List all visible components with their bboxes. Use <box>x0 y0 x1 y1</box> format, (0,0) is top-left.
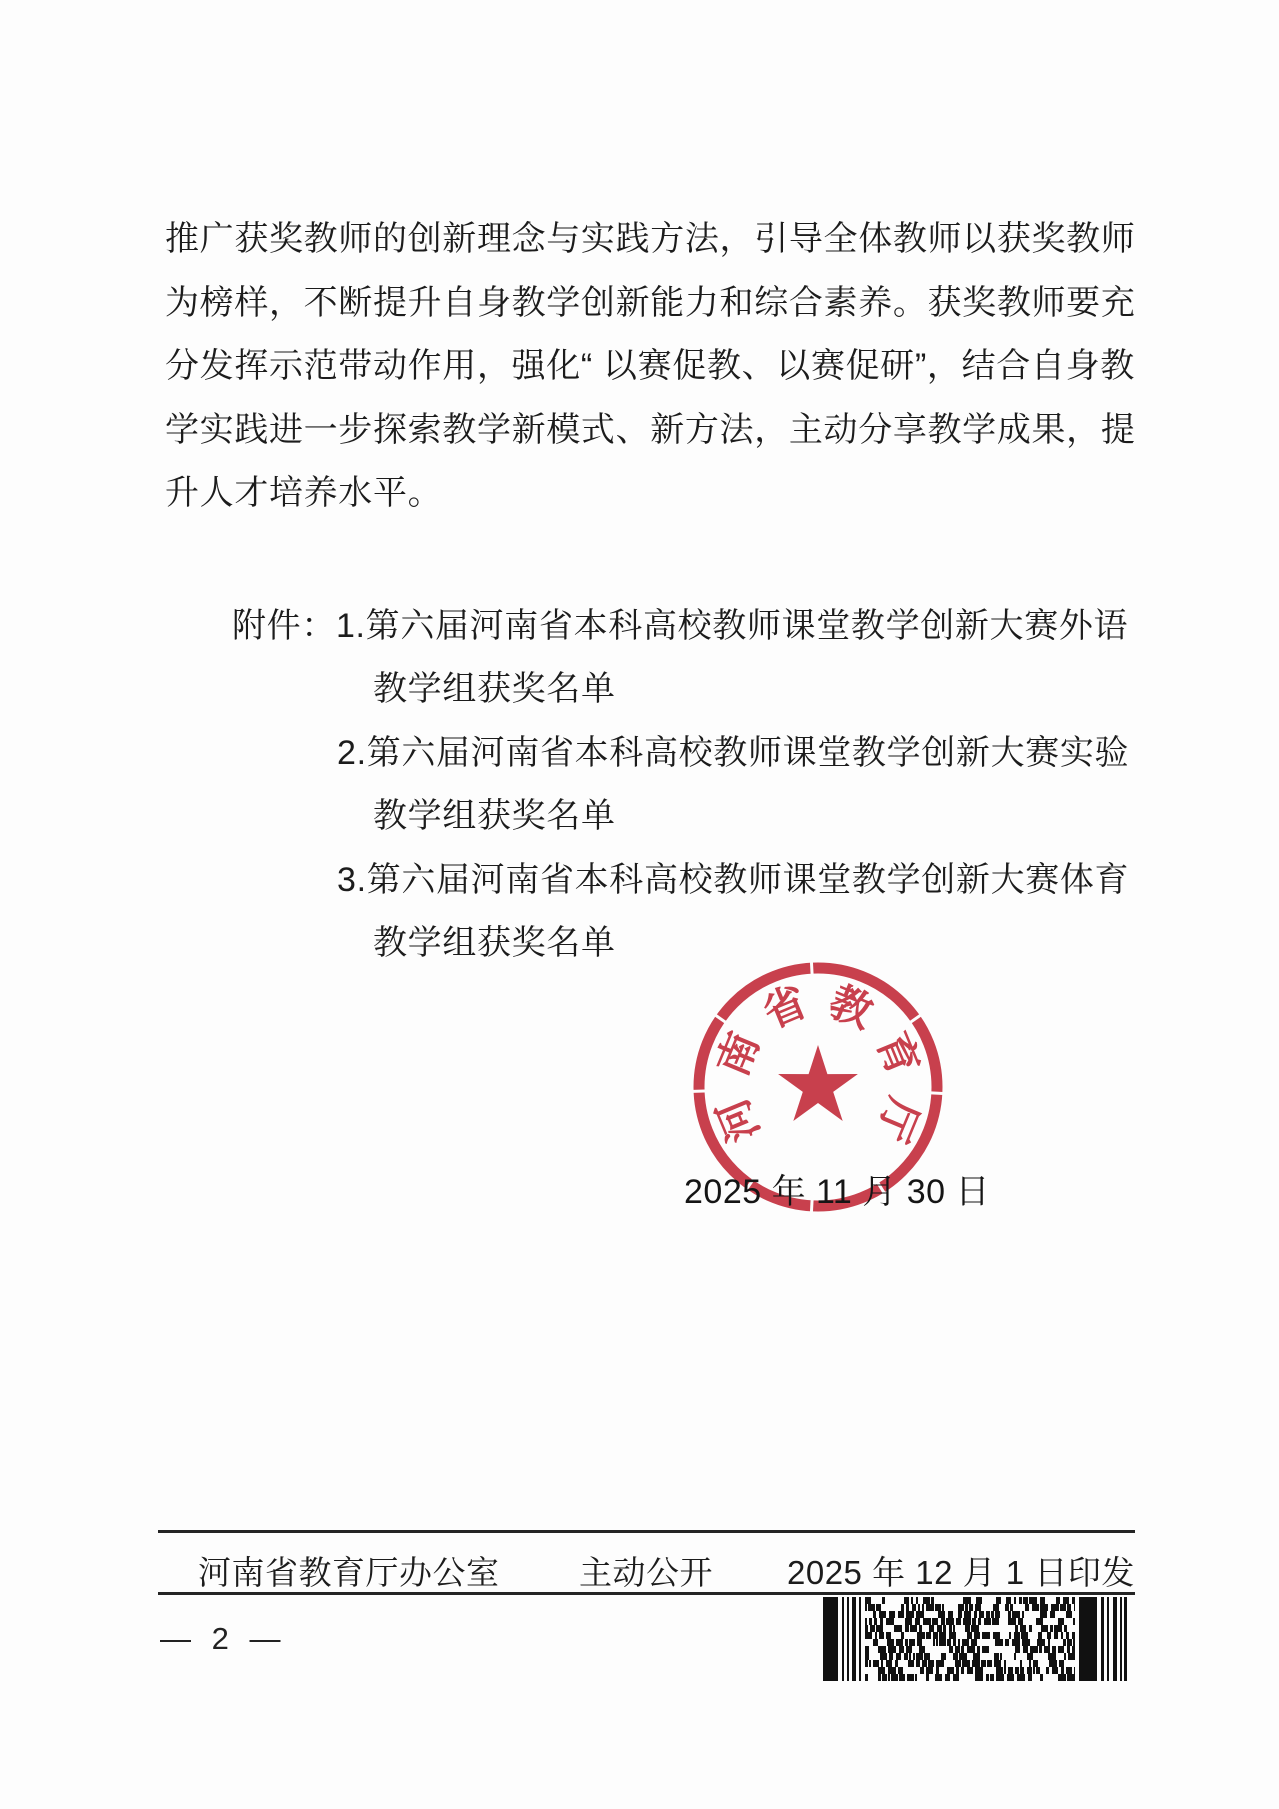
attachment-item-title: 第六届河南省本科高校教师课堂教学创新大赛外语 <box>366 607 1129 645</box>
footer-issuer: 河南省教育厅办公室 <box>198 1547 500 1594</box>
attachment-item: 2.第六届河南省本科高校教师课堂教学创新大赛实验 <box>337 725 1129 774</box>
footer-disclosure: 主动公开 <box>579 1547 713 1594</box>
paragraph-line: 推广获奖教师的创新理念与实践方法，引导全体教师以获奖教师 <box>165 208 1150 272</box>
attachment-item-number: 2. <box>337 734 367 772</box>
seal-character: 厅 <box>867 1091 926 1147</box>
attachment-item-wrap: 教学组获奖名单 <box>373 915 616 964</box>
attachment-item: 3.第六届河南省本科高校教师课堂教学创新大赛体育 <box>337 852 1129 901</box>
page-number: — 2 — <box>160 1621 286 1657</box>
footer-divider-top <box>158 1530 1135 1533</box>
attachment-item-title: 第六届河南省本科高校教师课堂教学创新大赛体育 <box>367 861 1130 899</box>
body-paragraph: 推广获奖教师的创新理念与实践方法，引导全体教师以获奖教师 为榜样，不断提升自身教… <box>165 208 1150 526</box>
paragraph-line: 为榜样，不断提升自身教学创新能力和综合素养。获奖教师要充 <box>165 272 1150 336</box>
attachment-item: 附件：1.第六届河南省本科高校教师课堂教学创新大赛外语 <box>232 598 1128 647</box>
attachment-item-number: 3. <box>337 861 367 899</box>
seal-character: 南 <box>709 1026 769 1083</box>
seal-character: 教 <box>822 978 880 1038</box>
seal-character: 省 <box>757 978 814 1038</box>
paragraph-line: 学实践进一步探索教学新模式、新方法，主动分享教学成果，提 <box>165 399 1150 463</box>
attachment-item-title: 第六届河南省本科高校教师课堂教学创新大赛实验 <box>367 734 1130 772</box>
footer-divider-bottom <box>158 1592 1135 1595</box>
footer-print-date: 2025 年 12 月 1 日印发 <box>787 1547 1135 1594</box>
seal-character: 河 <box>710 1091 769 1147</box>
document-page: 推广获奖教师的创新理念与实践方法，引导全体教师以获奖教师 为榜样，不断提升自身教… <box>0 0 1279 1809</box>
seal-star-icon <box>778 1045 858 1121</box>
seal-character: 育 <box>867 1026 927 1083</box>
attachment-item-wrap: 教学组获奖名单 <box>373 661 616 710</box>
attachment-item-number: 1. <box>336 607 366 645</box>
issue-date: 2025 年 11 月 30 日 <box>684 1164 990 1213</box>
pdf417-barcode <box>823 1597 1127 1681</box>
paragraph-line: 升人才培养水平。 <box>165 462 1150 526</box>
paragraph-line: 分发挥示范带动作用，强化“ 以赛促教、以赛促研”，结合自身教 <box>165 335 1150 399</box>
attachment-label: 附件： <box>232 607 336 645</box>
attachment-item-wrap: 教学组获奖名单 <box>373 788 616 837</box>
